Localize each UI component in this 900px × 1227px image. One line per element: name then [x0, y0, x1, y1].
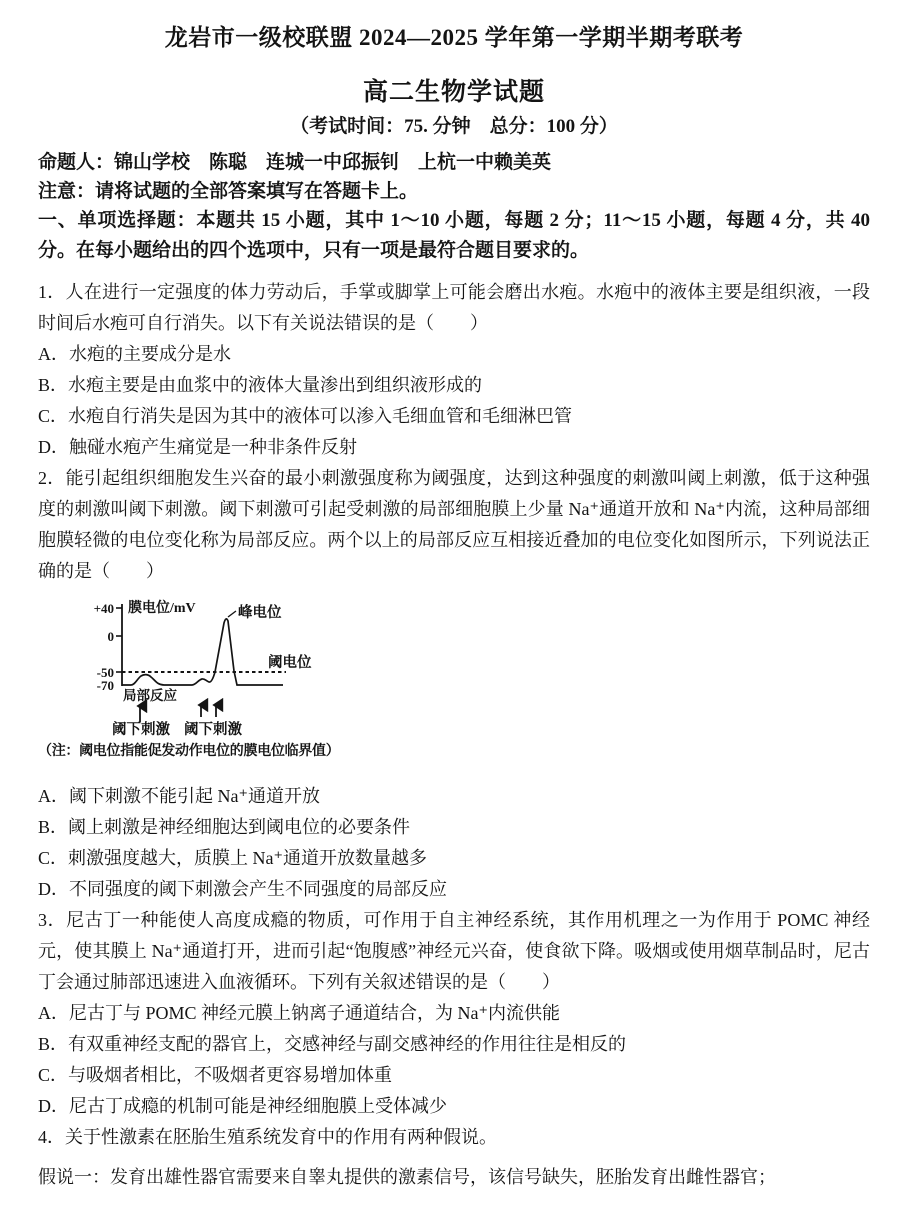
question-2-option-c: C．刺激强度越大，质膜上 Na⁺通道开放数量越多: [38, 843, 870, 874]
exam-notice: 注意：请将试题的全部答案填写在答题卡上。: [38, 178, 870, 206]
membrane-potential-curve: [122, 619, 283, 685]
questions-area: 1．人在进行一定强度的体力劳动后，手掌或脚掌上可能会磨出水疱。水疱中的液体主要是…: [38, 277, 870, 1193]
question-3: 3．尼古丁一种能使人高度成瘾的物质，可作用于自主神经系统，其作用机理之一为作用于…: [38, 905, 870, 1122]
exam-paper-page: 龙岩市一级校联盟 2024—2025 学年第一学期半期考联考 高二生物学试题 （…: [0, 0, 900, 1227]
peak-label: 峰电位: [238, 603, 282, 621]
ytick-label-m70: -70: [97, 678, 114, 693]
question-2: 2．能引起组织细胞发生兴奋的最小刺激强度称为阈强度，达到这种强度的刺激叫阈上刺激…: [38, 463, 870, 905]
sub-stimulus-label-2: 阈下刺激: [184, 720, 242, 738]
figure-note: （注：阈电位指能促发动作电位的膜电位临界值）: [38, 742, 339, 759]
threshold-label: 阈电位: [268, 653, 312, 671]
question-3-stem: 3．尼古丁一种能使人高度成瘾的物质，可作用于自主神经系统，其作用机理之一为作用于…: [38, 905, 870, 998]
question-3-option-d: D．尼古丁成瘾的机制可能是神经细胞膜上受体减少: [38, 1091, 870, 1122]
sub-stimulus-label-1: 阈下刺激: [112, 720, 170, 738]
question-1-option-c: C．水疱自行消失是因为其中的液体可以渗入毛细血管和毛细淋巴管: [38, 401, 870, 432]
question-3-option-c: C．与吸烟者相比，不吸烟者更容易增加体重: [38, 1060, 870, 1091]
ytick-label-0: 0: [108, 629, 115, 644]
question-2-stem: 2．能引起组织细胞发生兴奋的最小刺激强度称为阈强度，达到这种强度的刺激叫阈上刺激…: [38, 463, 870, 587]
exam-info: （考试时间：75. 分钟 总分：100 分）: [38, 113, 870, 141]
question-4-stem: 4．关于性激素在胚胎生殖系统发育中的作用有两种假说。: [38, 1122, 870, 1153]
local-response-label: 局部反应: [123, 687, 177, 703]
question-1-stem: 1．人在进行一定强度的体力劳动后，手掌或脚掌上可能会磨出水疱。水疱中的液体主要是…: [38, 277, 870, 339]
exam-authors: 命题人：锦山学校 陈聪 连城一中邱振钊 上杭一中赖美英: [38, 149, 870, 177]
question-1-option-a: A．水疱的主要成分是水: [38, 339, 870, 370]
question-4-hypothesis-1: 假说一：发育出雄性器官需要来自睾丸提供的激素信号，该信号缺失，胚胎发育出雌性器官…: [38, 1162, 870, 1193]
question-1: 1．人在进行一定强度的体力劳动后，手掌或脚掌上可能会磨出水疱。水疱中的液体主要是…: [38, 277, 870, 463]
question-4: 4．关于性激素在胚胎生殖系统发育中的作用有两种假说。 假说一：发育出雄性器官需要…: [38, 1122, 870, 1193]
page-title: 龙岩市一级校联盟 2024—2025 学年第一学期半期考联考: [38, 22, 870, 54]
ytick-label-40: +40: [94, 601, 114, 616]
section-1-header: 一、单项选择题：本题共 15 小题，其中 1～10 小题，每题 2 分；11～1…: [38, 206, 870, 266]
question-2-option-d: D．不同强度的阈下刺激会产生不同强度的局部反应: [38, 874, 870, 905]
question-1-option-b: B．水疱主要是由血浆中的液体大量渗出到组织液形成的: [38, 370, 870, 401]
question-2-option-a: A．阈下刺激不能引起 Na⁺通道开放: [38, 781, 870, 812]
question-3-option-a: A．尼古丁与 POMC 神经元膜上钠离子通道结合，为 Na⁺内流供能: [38, 998, 870, 1029]
peak-pointer-line: [228, 611, 236, 617]
membrane-potential-chart: +40 0 -50 -70 膜电位/mV 峰电位 阈电位 局部: [38, 595, 386, 765]
question-2-options: A．阈下刺激不能引起 Na⁺通道开放 B．阈上刺激是神经细胞达到阈电位的必要条件…: [38, 781, 870, 905]
question-1-option-d: D．触碰水疱产生痛觉是一种非条件反射: [38, 432, 870, 463]
question-3-option-b: B．有双重神经支配的器官上，交感神经与副交感神经的作用往往是相反的: [38, 1029, 870, 1060]
y-axis-label: 膜电位/mV: [128, 599, 196, 616]
question-2-figure: +40 0 -50 -70 膜电位/mV 峰电位 阈电位 局部: [38, 595, 870, 775]
question-2-option-b: B．阈上刺激是神经细胞达到阈电位的必要条件: [38, 812, 870, 843]
exam-subject-title: 高二生物学试题: [38, 75, 870, 111]
